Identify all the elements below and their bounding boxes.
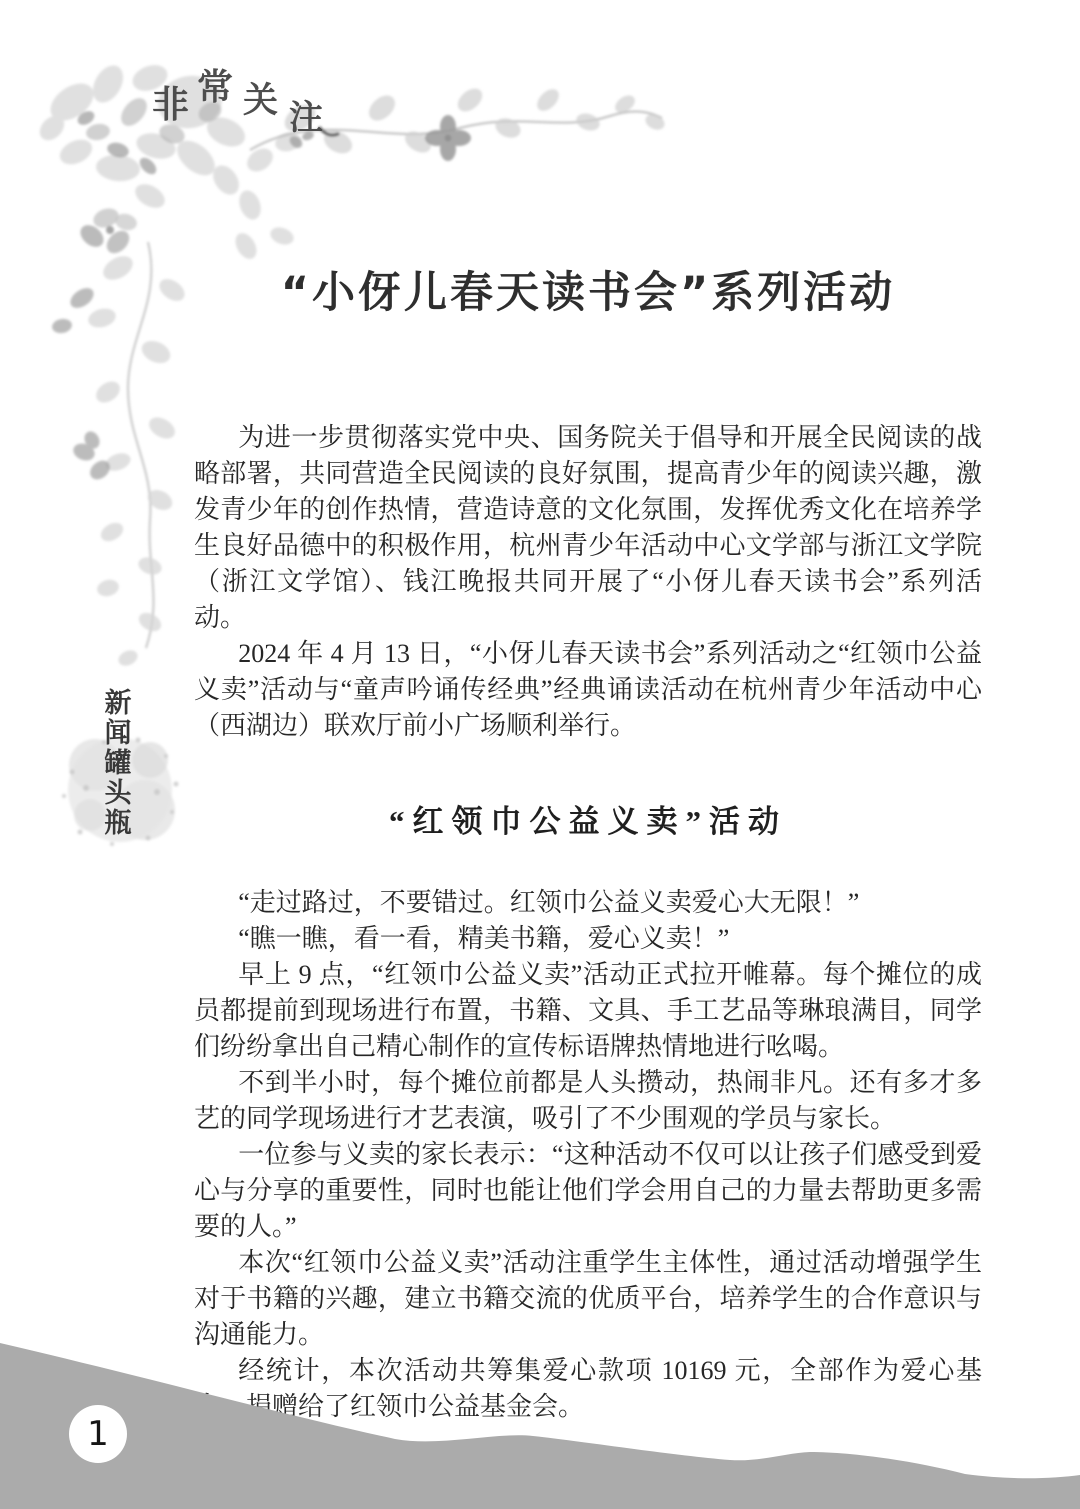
sidebar-char: 闻 xyxy=(101,719,135,749)
paragraph: 2024 年 4 月 13 日，“小伢儿春天读书会”系列活动之“红领巾公益义卖”… xyxy=(194,636,982,744)
section-heading: “红领巾公益义卖”活动 xyxy=(194,796,982,841)
column-header-char: 注 xyxy=(289,101,323,135)
paragraph: 不到半小时，每个摊位前都是人头攒动，热闹非凡。还有多才多艺的同学现场进行才艺表演… xyxy=(194,1065,982,1137)
vine-left-icon xyxy=(51,242,189,669)
paragraph: 为进一步贯彻落实党中央、国务院关于倡导和开展全民阅读的战略部署，共同营造全民阅读… xyxy=(194,420,982,636)
article-title: “小伢儿春天读书会”系列活动 xyxy=(194,259,982,320)
paragraph: 一位参与义卖的家长表示：“这种活动不仅可以让孩子们感受到爱心与分享的重要性，同时… xyxy=(194,1137,982,1245)
paragraph: “走过路过，不要错过。红领巾公益义卖爱心大无限！” xyxy=(194,885,982,921)
column-header-char: 关 xyxy=(243,84,278,119)
paragraph: 本次“红领巾公益义卖”活动注重学生主体性，通过活动增强学生对于书籍的兴趣，建立书… xyxy=(194,1245,982,1353)
sidebar-vertical-label: 新 闻 罐 头 瓶 xyxy=(101,689,135,839)
article-body: 为进一步贯彻落实党中央、国务院关于倡导和开展全民阅读的战略部署，共同营造全民阅读… xyxy=(194,420,982,1425)
paragraph: 早上 9 点，“红领巾公益义卖”活动正式拉开帷幕。每个摊位的成员都提前到现场进行… xyxy=(194,957,982,1065)
page-number: 1 xyxy=(80,1412,116,1456)
dark-flower-icon xyxy=(425,115,471,161)
magazine-page: 非 常 关 注 “小伢儿春天读书会”系列活动 新 闻 罐 头 瓶 为进一步贯彻落… xyxy=(0,0,1080,1509)
sidebar-char: 瓶 xyxy=(101,809,135,839)
sidebar-char: 罐 xyxy=(101,749,135,779)
column-header-char: 常 xyxy=(197,70,233,106)
paragraph: “瞧一瞧，看一看，精美书籍，爱心义卖！” xyxy=(194,921,982,957)
footer-wave xyxy=(0,1339,1080,1509)
sidebar-char: 头 xyxy=(101,779,135,809)
column-header-char: 非 xyxy=(152,86,189,123)
flower-icon xyxy=(76,205,138,257)
sidebar-char: 新 xyxy=(101,689,135,719)
